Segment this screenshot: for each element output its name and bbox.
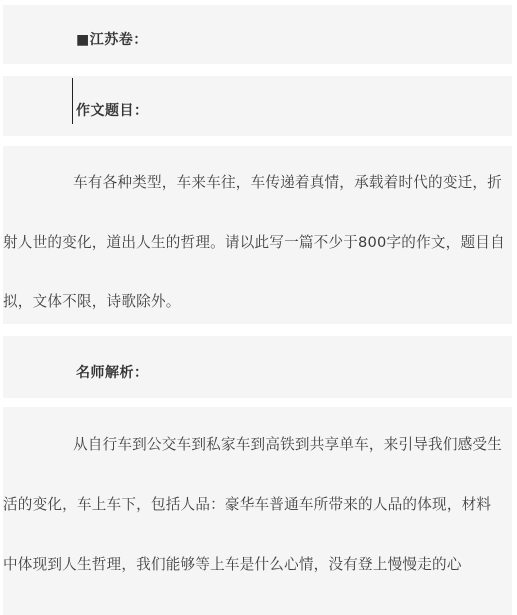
heading-essay-topic: 作文题目：	[76, 100, 149, 120]
paragraph-line: 拟，文体不限，诗歌除外。	[3, 290, 181, 311]
paragraph-line: 射人世的变化，道出人生的哲理。请以此写一篇不少于800字的作文，题目自	[3, 231, 505, 252]
paragraph-block-prompt: 车有各种类型，车来车往，车传递着真情，承载着时代的变迁，折 射人世的变化，道出人…	[3, 146, 512, 324]
text-cursor	[72, 78, 73, 124]
paragraph-line: 从自行车到公交车到私家车到高铁到共享单车，来引导我们感受生	[73, 433, 502, 454]
heading-jiangsu: ■江苏卷：	[76, 29, 148, 49]
heading-analysis: 名师解析：	[76, 362, 149, 382]
heading-block-jiangsu: ■江苏卷：	[3, 5, 512, 64]
paragraph-block-analysis: 从自行车到公交车到私家车到高铁到共享单车，来引导我们感受生 活的变化，车上车下，…	[3, 407, 512, 615]
heading-block-essay-topic: 作文题目：	[3, 76, 512, 136]
paragraph-line: 活的变化，车上车下，包括人品：豪华车普通车所带来的人品的体现，材料	[3, 493, 491, 514]
paragraph-line: 中体现到人生哲理，我们能够等上车是什么心情，没有登上慢慢走的心	[3, 553, 462, 574]
heading-block-analysis: 名师解析：	[3, 336, 512, 398]
paragraph-line: 车有各种类型，车来车往，车传递着真情，承载着时代的变迁，折	[73, 171, 502, 192]
